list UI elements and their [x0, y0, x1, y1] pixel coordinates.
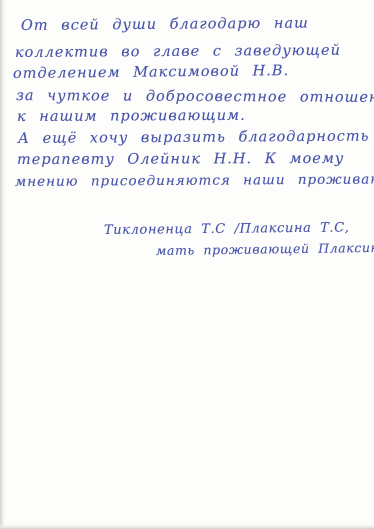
scanned-page: От всей души благодарю наш коллектив во … [0, 0, 374, 529]
handwriting-line: А ещё хочу выразить благодарность [18, 126, 370, 150]
handwritten-note-body: От всей души благодарю наш коллектив во … [13, 16, 370, 193]
handwriting-line: От всей души благодарю наш [21, 13, 370, 38]
page-edge-left [0, 0, 5, 529]
page-edge-bottom [0, 524, 374, 529]
handwriting-line: отделением Максимовой Н.В. [13, 60, 370, 85]
signature-line: Тиклоненца Т.С /Плаксина Т.С, [104, 218, 374, 241]
handwriting-line: мнению присоединяются наши проживающие. [15, 169, 370, 193]
handwriting-line: терапевту Олейник Н.Н. К моему [17, 149, 370, 172]
signature-line: мать проживающей Плаксиной Н/ [156, 237, 374, 261]
signature-block: Тиклоненца Т.С /Плаксина Т.С, мать прожи… [104, 221, 374, 261]
handwriting-line: к нашим проживающим. [17, 105, 370, 128]
